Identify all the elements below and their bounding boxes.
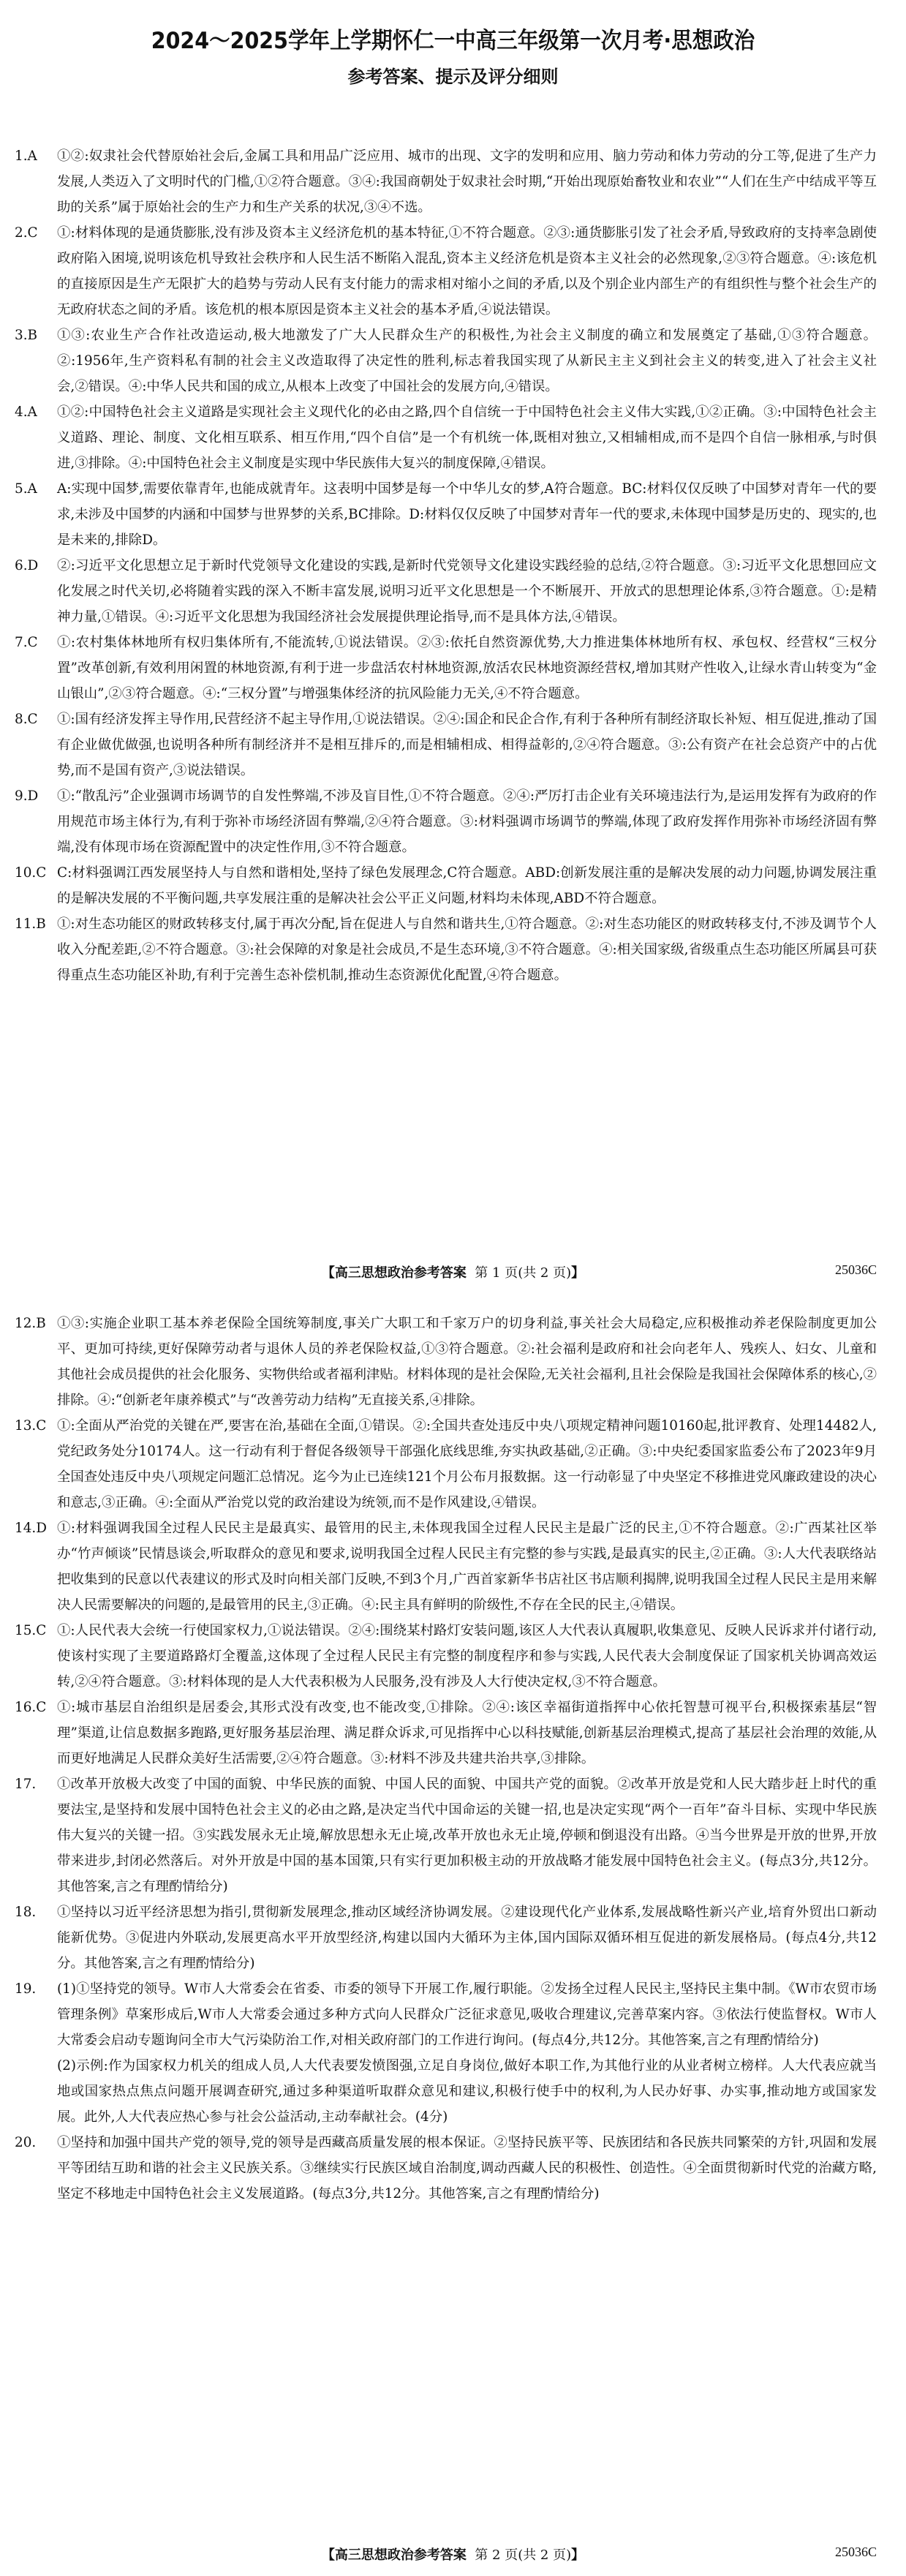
answer-number: 7.C (15, 630, 57, 655)
answer-item-8: 8.C ①:国有经济发挥主导作用,民营经济不起主导作用,①说法错误。②④:国企和… (0, 707, 906, 783)
answer-number: 8.C (15, 707, 57, 732)
answer-number: 5.A (15, 476, 57, 502)
footer-page-number: 第 2 页(共 2 页) (475, 2547, 571, 2563)
answer-explanation: ②:习近平文化思想立足于新时代党领导文化建设的实践,是新时代党领导文化建设实践经… (57, 558, 877, 625)
answer-explanation: ①改革开放极大改变了中国的面貌、中华民族的面貌、中国人民的面貌、中国共产党的面貌… (57, 1777, 877, 1894)
answer-item-5: 5.A A:实现中国梦,需要依靠青年,也能成就青年。这表明中国梦是每一个中华儿女… (0, 476, 906, 553)
answer-explanation: C:材料强调江西发展坚持人与自然和谐相处,坚持了绿色发展理念,C符合题意。ABD… (57, 865, 877, 906)
answer-item-11: 11.B ①:对生态功能区的财政转移支付,属于再次分配,旨在促进人与自然和谐共生… (0, 911, 906, 988)
answers-page-1: 1.A ①②:奴隶社会代替原始社会后,金属工具和用品广泛应用、城市的出现、文字的… (0, 143, 906, 988)
answer-item-19: 19. (1)①坚持党的领导。W市人大常委会在省委、市委的领导下开展工作,履行职… (0, 1976, 906, 2130)
answer-item-4: 4.A ①②:中国特色社会主义道路是实现社会主义现代化的必由之路,四个自信统一于… (0, 399, 906, 476)
answer-number: 1.A (15, 143, 57, 169)
answer-number: 3.B (15, 323, 57, 348)
page-footer-1: 【高三思想政治参考答案 第 1 页(共 2 页)】 25036C (0, 1262, 906, 1284)
answer-explanation: ①③:农业生产合作社改造运动,极大地激发了广大人民群众生产的积极性,为社会主义制… (57, 328, 877, 394)
footer-code: 25036C (835, 1262, 877, 1278)
answer-item-15: 15.C ①:人民代表大会统一行使国家权力,①说法错误。②④:围绕某村路灯安装问… (0, 1618, 906, 1695)
answer-explanation: ①:材料体现的是通货膨胀,没有涉及资本主义经济危机的基本特征,①不符合题意。②③… (57, 225, 877, 317)
answer-explanation: ①坚持和加强中国共产党的领导,党的领导是西藏高质量发展的根本保证。②坚持民族平等… (57, 2135, 877, 2202)
answer-number: 9.D (15, 783, 57, 809)
answer-explanation: ①:农村集体林地所有权归集体所有,不能流转,①说法错误。②③:依托自然资源优势,… (57, 635, 877, 701)
answer-explanation: ①③:实施企业职工基本养老保险全国统筹制度,事关广大职工和千家万户的切身利益,事… (57, 1316, 877, 1408)
answer-item-13: 13.C ①:全面从严治党的关键在严,要害在治,基础在全面,①错误。②:全国共查… (0, 1413, 906, 1515)
answer-item-7: 7.C ①:农村集体林地所有权归集体所有,不能流转,①说法错误。②③:依托自然资… (0, 630, 906, 707)
answer-explanation: ①:国有经济发挥主导作用,民营经济不起主导作用,①说法错误。②④:国企和民企合作… (57, 712, 877, 778)
footer-title: 【高三思想政治参考答案 (322, 2547, 467, 2563)
answer-number: 13.C (15, 1413, 57, 1439)
answer-item-12: 12.B ①③:实施企业职工基本养老保险全国统筹制度,事关广大职工和千家万户的切… (0, 1311, 906, 1413)
answer-explanation: ①②:中国特色社会主义道路是实现社会主义现代化的必由之路,四个自信统一于中国特色… (57, 404, 877, 471)
answer-number: 20. (15, 2130, 57, 2155)
answer-number: 15.C (15, 1618, 57, 1643)
answer-number: 4.A (15, 399, 57, 425)
answer-item-20: 20. ①坚持和加强中国共产党的领导,党的领导是西藏高质量发展的根本保证。②坚持… (0, 2130, 906, 2207)
answer-explanation: ①:人民代表大会统一行使国家权力,①说法错误。②④:围绕某村路灯安装问题,该区人… (57, 1623, 877, 1690)
answer-explanation: ①:材料强调我国全过程人民民主是最真实、最管用的民主,未体现我国全过程人民民主是… (57, 1521, 877, 1613)
answer-number: 19. (15, 1976, 57, 2002)
answer-explanation-part-2: (2)示例:作为国家权力机关的组成人员,人大代表要发愤图强,立足自身岗位,做好本… (57, 2053, 877, 2130)
answer-explanation: ①:“散乱污”企业强调市场调节的自发性弊端,不涉及盲目性,①不符合题意。②④:严… (57, 788, 877, 855)
answer-item-1: 1.A ①②:奴隶社会代替原始社会后,金属工具和用品广泛应用、城市的出现、文字的… (0, 143, 906, 220)
footer-page-number: 第 1 页(共 2 页) (475, 1265, 571, 1281)
answer-item-9: 9.D ①:“散乱污”企业强调市场调节的自发性弊端,不涉及盲目性,①不符合题意。… (0, 783, 906, 860)
answer-item-3: 3.B ①③:农业生产合作社改造运动,极大地激发了广大人民群众生产的积极性,为社… (0, 323, 906, 399)
answers-page-2: 12.B ①③:实施企业职工基本养老保险全国统筹制度,事关广大职工和千家万户的切… (0, 1311, 906, 2207)
answer-explanation: ①坚持以习近平经济思想为指引,贯彻新发展理念,推动区域经济协调发展。②建设现代化… (57, 1905, 877, 1971)
answer-explanation: ①②:奴隶社会代替原始社会后,金属工具和用品广泛应用、城市的出现、文字的发明和应… (57, 148, 877, 215)
answer-number: 18. (15, 1899, 57, 1925)
footer-label: 【高三思想政治参考答案 第 1 页(共 2 页)】 (0, 1262, 906, 1281)
answer-number: 2.C (15, 220, 57, 246)
page-footer-2: 【高三思想政治参考答案 第 2 页(共 2 页)】 25036C (0, 2545, 906, 2566)
answer-item-16: 16.C ①:城市基层自治组织是居委会,其形式没有改变,也不能改变,①排除。②④… (0, 1695, 906, 1771)
answer-number: 6.D (15, 553, 57, 579)
document-subtitle: 参考答案、提示及评分细则 (0, 62, 906, 88)
document-title: 2024～2025学年上学期怀仁一中高三年级第一次月考·思想政治 (37, 22, 870, 55)
answer-item-14: 14.D ①:材料强调我国全过程人民民主是最真实、最管用的民主,未体现我国全过程… (0, 1515, 906, 1618)
footer-title: 【高三思想政治参考答案 (322, 1265, 467, 1281)
answer-number: 11.B (15, 911, 57, 937)
answer-number: 16.C (15, 1695, 57, 1720)
footer-label: 【高三思想政治参考答案 第 2 页(共 2 页)】 (0, 2545, 906, 2564)
answer-explanation: A:实现中国梦,需要依靠青年,也能成就青年。这表明中国梦是每一个中华儿女的梦,A… (57, 481, 877, 548)
answer-number: 14.D (15, 1515, 57, 1541)
footer-bracket: 】 (571, 1265, 584, 1281)
answer-item-2: 2.C ①:材料体现的是通货膨胀,没有涉及资本主义经济危机的基本特征,①不符合题… (0, 220, 906, 323)
answer-explanation: ①:对生态功能区的财政转移支付,属于再次分配,旨在促进人与自然和谐共生,①符合题… (57, 916, 877, 983)
answer-number: 17. (15, 1771, 57, 1797)
footer-code: 25036C (835, 2545, 877, 2560)
answer-number: 10.C (15, 860, 57, 886)
answer-item-18: 18. ①坚持以习近平经济思想为指引,贯彻新发展理念,推动区域经济协调发展。②建… (0, 1899, 906, 1976)
footer-bracket: 】 (571, 2547, 584, 2563)
answer-item-10: 10.C C:材料强调江西发展坚持人与自然和谐相处,坚持了绿色发展理念,C符合题… (0, 860, 906, 911)
answer-item-17: 17. ①改革开放极大改变了中国的面貌、中华民族的面貌、中国人民的面貌、中国共产… (0, 1771, 906, 1899)
answer-number: 12.B (15, 1311, 57, 1336)
answer-explanation: ①:城市基层自治组织是居委会,其形式没有改变,也不能改变,①排除。②④:该区幸福… (57, 1700, 877, 1766)
answer-explanation-part-1: (1)①坚持党的领导。W市人大常委会在省委、市委的领导下开展工作,履行职能。②发… (57, 1976, 877, 2053)
answer-explanation: ①:全面从严治党的关键在严,要害在治,基础在全面,①错误。②:全国共查处违反中央… (57, 1418, 877, 1510)
answer-item-6: 6.D ②:习近平文化思想立足于新时代党领导文化建设的实践,是新时代党领导文化建… (0, 553, 906, 630)
